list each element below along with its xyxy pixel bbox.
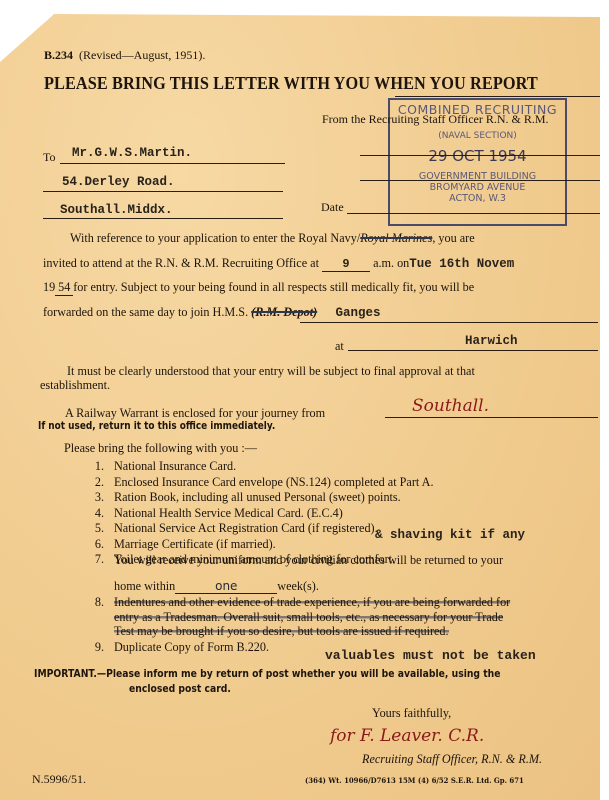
ship-field: Ganges <box>335 306 380 320</box>
footer-reference: N.5996/51. <box>32 772 86 787</box>
paragraph-forwarded: forwarded on the same day to join H.M.S.… <box>43 305 380 320</box>
checklist: 1.National Insurance Card.2.Enclosed Ins… <box>84 459 434 568</box>
to-label: To <box>43 150 56 165</box>
checklist-intro: Please bring the following with you :— <box>64 441 257 456</box>
recipient-name-line <box>60 163 285 164</box>
recipient-address-2: Southall.Middx. <box>60 203 173 217</box>
address-line-2 <box>43 218 283 219</box>
typed-note-valuables: valuables must not be taken <box>325 648 536 663</box>
important-note: IMPORTANT.—Please inform me by return of… <box>34 667 501 680</box>
journey-line <box>385 417 598 418</box>
paragraph-application: With reference to your application to en… <box>70 231 475 246</box>
salutation: Yours faithfully, <box>372 706 451 721</box>
weeks-field: one <box>175 579 277 594</box>
item-8-struck-text: Indentures and other evidence of trade e… <box>114 595 510 639</box>
struck-rm-depot: (R.M. Depot) <box>251 305 317 319</box>
sender-line-1 <box>360 155 600 156</box>
signature: for F. Leaver. C.R. <box>330 726 484 746</box>
home-within: home withinoneweek(s). <box>114 579 319 594</box>
sender-line-2 <box>360 180 600 181</box>
paragraph-entry: 1954for entry. Subject to your being fou… <box>43 280 474 296</box>
title-underline <box>395 96 600 97</box>
location-field: Harwich <box>465 334 518 348</box>
signatory-title: Recruiting Staff Officer, R.N. & R.M. <box>362 752 542 767</box>
time-field: 9 <box>322 257 370 272</box>
item-9: 9.Duplicate Copy of Form B.220. <box>84 640 269 655</box>
at-label: at <box>335 339 344 354</box>
checklist-item: 3.Ration Book, including all unused Pers… <box>84 490 434 506</box>
journey-from-handwritten: Southall. <box>412 396 489 416</box>
railway-warning: If not used, return it to this office im… <box>38 420 275 432</box>
checklist-item: 2.Enclosed Insurance Card envelope (NS.1… <box>84 475 434 491</box>
printer-imprint: (364) Wt. 10966/D7613 15M (4) 6/52 S.E.R… <box>305 776 524 785</box>
struck-royal-marines: Royal Marines <box>360 231 432 245</box>
form-number: B.234 (Revised—August, 1951). <box>44 48 205 63</box>
item-8: 8. <box>90 595 114 610</box>
paragraph-attend: invited to attend at the R.N. & R.M. Rec… <box>43 256 514 272</box>
paragraph-railway: A Railway Warrant is enclosed for your j… <box>65 406 325 421</box>
address-line-1 <box>43 191 283 192</box>
year-field: 54 <box>55 280 73 296</box>
item7-continuation: You will receive your uniform and your c… <box>114 553 503 568</box>
checklist-item: 4.National Health Service Medical Card. … <box>84 506 434 522</box>
important-note-cont: enclosed post card. <box>129 682 231 695</box>
recipient-name: Mr.G.W.S.Martin. <box>72 146 192 160</box>
location-line <box>348 350 598 351</box>
recipient-address-1: 54.Derley Road. <box>62 175 175 189</box>
page-title: PLEASE BRING THIS LETTER WITH YOU WHEN Y… <box>44 73 538 94</box>
typed-addition-shaving-kit: & shaving kit if any <box>375 528 525 542</box>
ship-line <box>300 322 598 323</box>
from-line: From the Recruiting Staff Officer R.N. &… <box>322 112 549 127</box>
date-field-value: Tue 16th Novem <box>409 257 514 271</box>
paragraph-approval-cont: establishment. <box>40 378 110 393</box>
paragraph-approval: It must be clearly understood that your … <box>67 364 475 379</box>
date-field <box>347 213 600 214</box>
date-label: Date <box>321 200 344 215</box>
checklist-item: 1.National Insurance Card. <box>84 459 434 475</box>
